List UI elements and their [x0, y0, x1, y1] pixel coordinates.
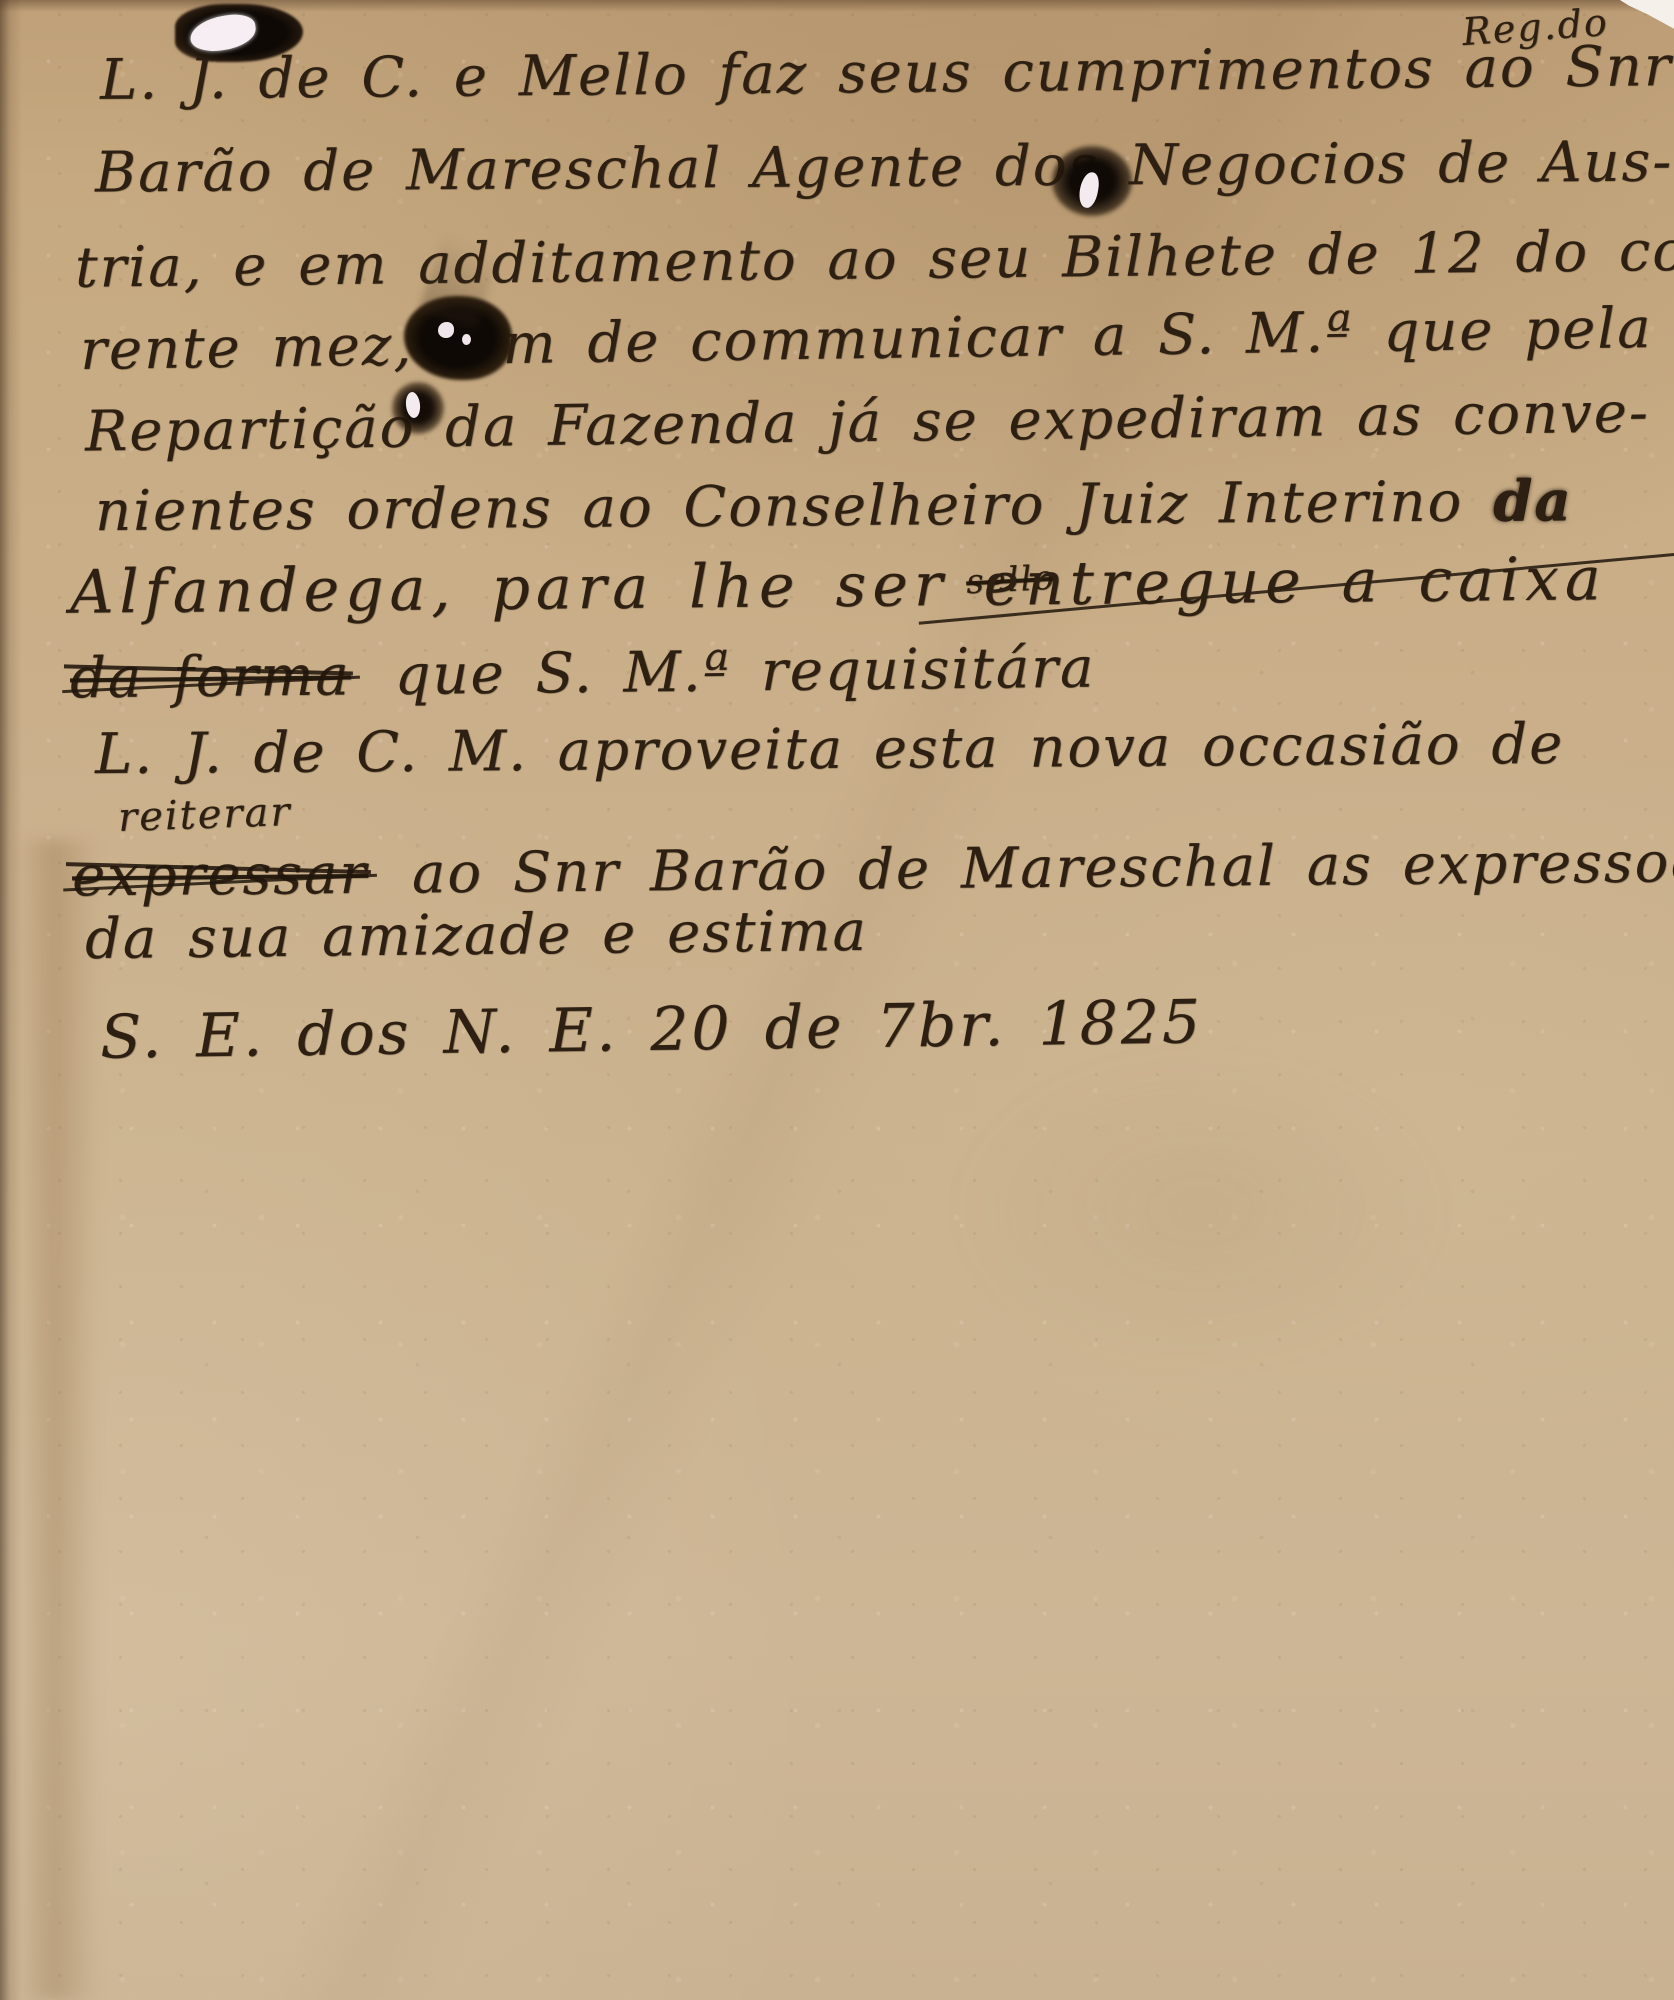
manuscript-page: Reg.do L. J. de C. e Mello faz seus cump… — [0, 0, 1674, 2000]
line-text: que S. M.ª requisitára — [394, 636, 1095, 708]
manuscript-line-4: rente mez, tem de communicar a S. M.ª qu… — [80, 301, 1653, 379]
line-text: Repartição da Fazenda já se expediram as… — [85, 380, 1650, 464]
line-text: rente mez, tem de communicar a S. M.ª qu… — [80, 296, 1653, 383]
manuscript-line-3: tria, e em additamento ao seu Bilhete de… — [75, 223, 1674, 296]
line-text: L. J. de C. e Mello faz seus cumprimento… — [100, 34, 1673, 113]
manuscript-line-5: Repartição da Fazenda já se expediram as… — [85, 385, 1650, 460]
line-text: L. J. de C. M. aproveita esta nova occas… — [95, 712, 1565, 787]
manuscript-line-11: da sua amizade e estima — [85, 904, 868, 968]
strikethrough-words: da forma — [70, 643, 351, 711]
manuscript-line-8: da forma que S. M.ª requisitára — [70, 641, 1096, 708]
manuscript-line-6: nientes ordens ao Conselheiro Juiz Inter… — [95, 473, 1573, 540]
line-text: ao Snr Barão de Mareschal as expressoens — [412, 830, 1674, 907]
line-text: Barão de Mareschal Agente dos Negocios d… — [95, 129, 1674, 205]
manuscript-line-7: Alfandega, para lhe ser entregue a caixa — [70, 549, 1607, 622]
line-text: nientes ordens ao Conselheiro Juiz Inter… — [95, 470, 1464, 545]
manuscript-line-2: Barão de Mareschal Agente dos Negocios d… — [95, 134, 1673, 201]
interlinear-inserted-word: reiterar — [117, 792, 292, 838]
manuscript-line-9: L. J. de C. M. aproveita esta nova occas… — [95, 717, 1565, 783]
strikethrough-word: expressar — [72, 842, 369, 910]
line-text: da sua amizade e estima — [85, 899, 868, 972]
date-line: S. E. dos N. E. 20 de 7br. 1825 — [100, 992, 1204, 1067]
left-stain — [18, 840, 98, 2000]
burn-hole — [462, 334, 471, 345]
faint-stain — [950, 1050, 1450, 1370]
manuscript-line-10: expressar ao Snr Barão de Mareschal as e… — [72, 835, 1674, 906]
burn-hole — [438, 322, 454, 338]
manuscript-line-1: L. J. de C. e Mello faz seus cumprimento… — [100, 39, 1673, 109]
line-text: tria, e em additamento ao seu Bilhete de… — [75, 218, 1674, 300]
line-text: Alfandega, para lhe ser entregue a caixa — [70, 544, 1607, 627]
blotted-word: da — [1493, 468, 1573, 535]
